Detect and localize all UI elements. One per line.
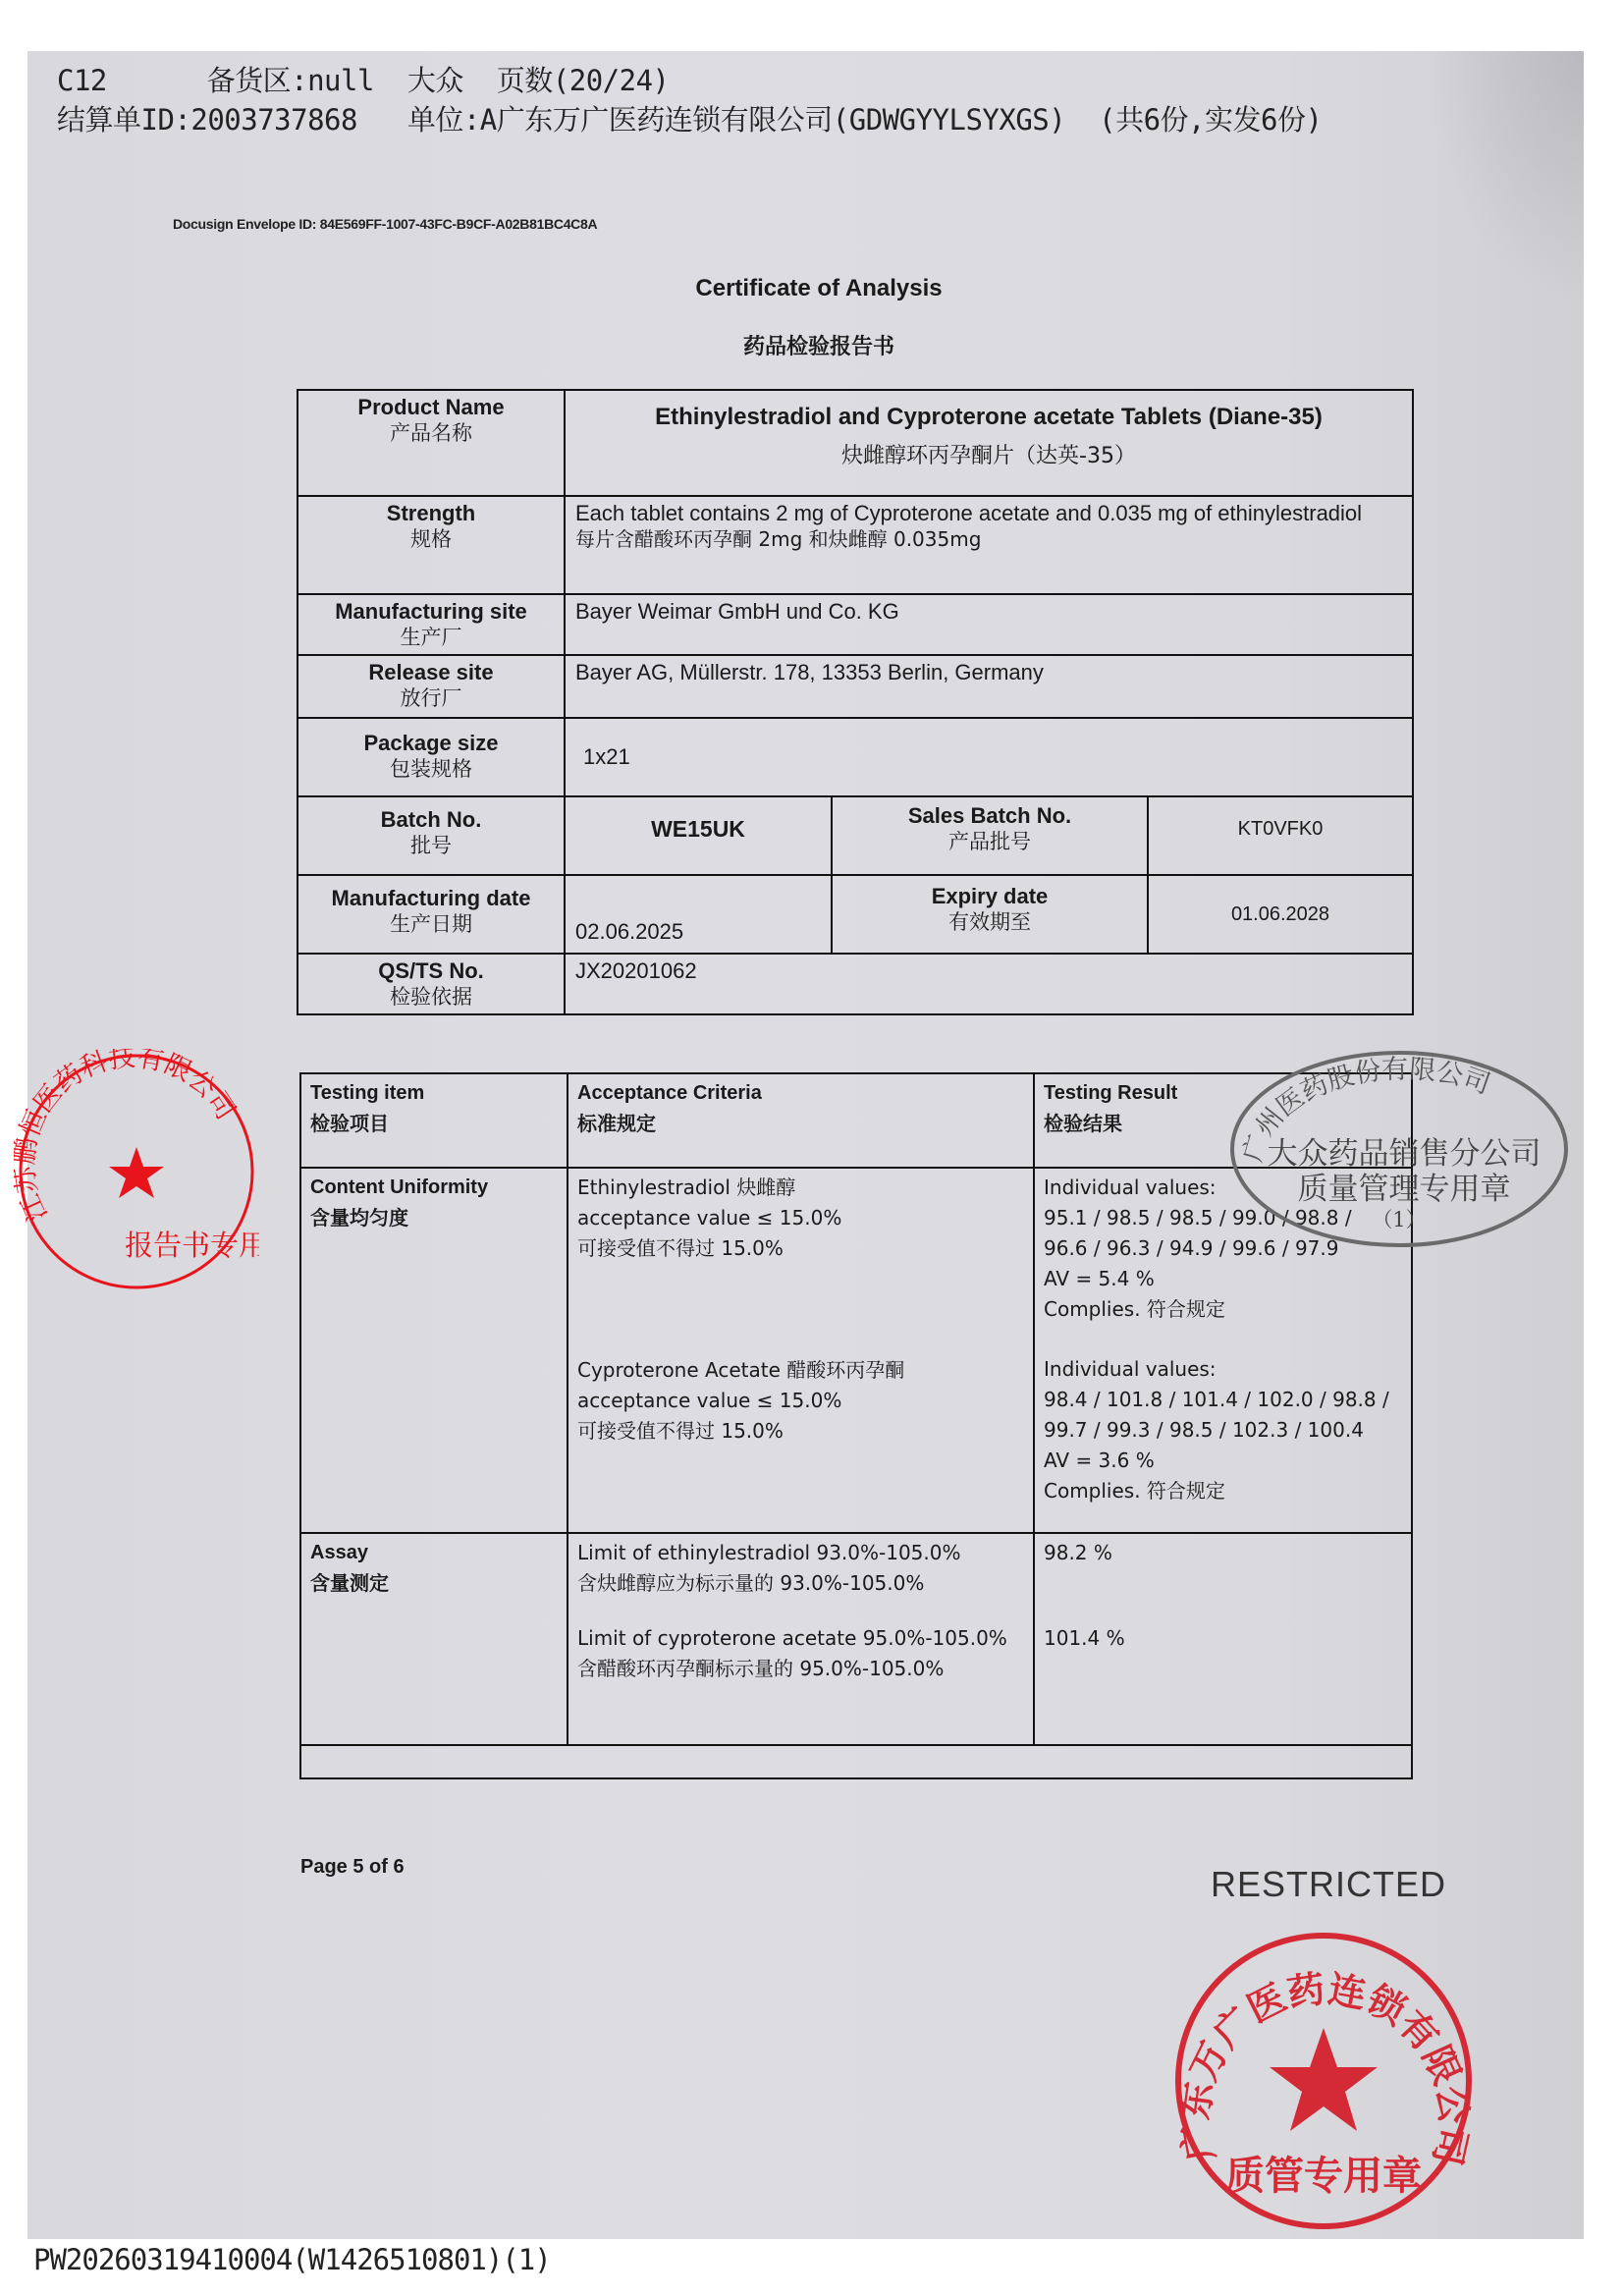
result-cell: 98.2 % 101.4 %: [1034, 1533, 1412, 1745]
label-en: Expiry date: [833, 884, 1147, 909]
qs-ts-no-value: JX20201062: [565, 954, 1413, 1014]
result-cell: Individual values: 95.1 / 98.5 / 98.5 / …: [1034, 1168, 1412, 1533]
print-header-line-1: C12 备货区:null 大众 页数(20/24): [57, 59, 670, 99]
label-cn: 包装规格: [298, 756, 564, 782]
row-product-name: Product Name 产品名称 Ethinylestradiol and C…: [298, 390, 1413, 496]
criteria-line: acceptance value ≤ 15.0%: [577, 1203, 1024, 1233]
label-cn: 有效期至: [833, 909, 1147, 935]
result-line: Complies. 符合规定: [1044, 1294, 1402, 1325]
header-en: Testing Result: [1044, 1078, 1402, 1109]
header-testing-item: Testing item 检验项目: [300, 1073, 568, 1168]
strength-cn: 每片含醋酸环丙孕酮 2mg 和炔雌醇 0.035mg: [575, 526, 1402, 552]
label-cn: 产品批号: [833, 829, 1147, 854]
classification-label: RESTRICTED: [1211, 1864, 1446, 1905]
header-testing-result: Testing Result 检验结果: [1034, 1073, 1412, 1168]
product-name-cn: 炔雌醇环丙孕酮片（达英-35）: [566, 444, 1412, 469]
label-en: Batch No.: [298, 807, 564, 833]
label-cn: 生产日期: [298, 911, 564, 937]
result-line: 99.7 / 99.3 / 98.5 / 102.3 / 100.4: [1044, 1415, 1402, 1446]
label-en: Strength: [298, 501, 564, 526]
test-row-empty: [300, 1745, 1412, 1778]
docusign-envelope-id: Docusign Envelope ID: 84E569FF-1007-43FC…: [173, 216, 597, 232]
row-release-site: Release site 放行厂 Bayer AG, Müllerstr. 17…: [298, 655, 1413, 718]
label-cell: Expiry date 有效期至: [832, 875, 1148, 954]
header-en: Testing item: [310, 1078, 558, 1109]
row-batch: Batch No. 批号 WE15UK Sales Batch No. 产品批号…: [298, 796, 1413, 875]
criteria-line: Cyproterone Acetate 醋酸环丙孕酮: [577, 1355, 1024, 1386]
label-cn: 放行厂: [298, 685, 564, 711]
document-title-cn: 药品检验报告书: [0, 330, 1623, 360]
test-item-en: Assay: [310, 1538, 558, 1568]
criteria-line: Limit of ethinylestradiol 93.0%-105.0%: [577, 1538, 1024, 1568]
print-header-line-2: 结算单ID:2003737868 单位:A广东万广医药连锁有限公司(GDWGYY…: [57, 98, 1322, 138]
test-item-cn: 含量测定: [310, 1568, 558, 1599]
label-cn: 产品名称: [298, 420, 564, 446]
product-name-en: Ethinylestradiol and Cyproterone acetate…: [566, 405, 1412, 430]
header-acceptance-criteria: Acceptance Criteria 标准规定: [568, 1073, 1034, 1168]
criteria-line: Ethinylestradiol 炔雌醇: [577, 1173, 1024, 1203]
test-item-cell: Content Uniformity 含量均匀度: [300, 1168, 568, 1533]
expiry-date-value: 01.06.2028: [1148, 875, 1413, 954]
header-en: Acceptance Criteria: [577, 1078, 1024, 1109]
criteria-line: 含炔雌醇应为标示量的 93.0%-105.0%: [577, 1568, 1024, 1599]
manufacturing-date-value: 02.06.2025: [565, 875, 832, 954]
criteria-line: 可接受值不得过 15.0%: [577, 1233, 1024, 1264]
label-cell: QS/TS No. 检验依据: [298, 954, 565, 1014]
package-size-value: 1x21: [565, 718, 1413, 796]
result-line: 95.1 / 98.5 / 98.5 / 99.0 / 98.8 /: [1044, 1203, 1402, 1233]
result-line: 98.2 %: [1044, 1538, 1402, 1568]
release-site-value: Bayer AG, Müllerstr. 178, 13353 Berlin, …: [565, 655, 1413, 718]
result-line: AV = 3.6 %: [1044, 1446, 1402, 1476]
result-line: 101.4 %: [1044, 1623, 1402, 1654]
strength-value: Each tablet contains 2 mg of Cyproterone…: [565, 496, 1413, 594]
row-package-size: Package size 包装规格 1x21: [298, 718, 1413, 796]
sales-batch-no-value: KT0VFK0: [1148, 796, 1413, 875]
label-cell: Release site 放行厂: [298, 655, 565, 718]
label-cell: Package size 包装规格: [298, 718, 565, 796]
test-row-assay: Assay 含量测定 Limit of ethinylestradiol 93.…: [300, 1533, 1412, 1745]
row-strength: Strength 规格 Each tablet contains 2 mg of…: [298, 496, 1413, 594]
row-manufacturing-site: Manufacturing site 生产厂 Bayer Weimar GmbH…: [298, 594, 1413, 655]
result-line: Complies. 符合规定: [1044, 1476, 1402, 1506]
result-line: AV = 5.4 %: [1044, 1264, 1402, 1294]
header-cn: 标准规定: [577, 1109, 1024, 1139]
test-row-content-uniformity: Content Uniformity 含量均匀度 Ethinylestradio…: [300, 1168, 1412, 1533]
product-name-value: Ethinylestradiol and Cyproterone acetate…: [565, 390, 1413, 496]
label-en: Manufacturing site: [298, 599, 564, 625]
label-en: Sales Batch No.: [833, 803, 1147, 829]
label-cn: 检验依据: [298, 984, 564, 1010]
label-en: Manufacturing date: [298, 886, 564, 911]
criteria-line: 可接受值不得过 15.0%: [577, 1416, 1024, 1447]
row-dates: Manufacturing date 生产日期 02.06.2025 Expir…: [298, 875, 1413, 954]
batch-no-value: WE15UK: [565, 796, 832, 875]
document-title: Certificate of Analysis: [0, 275, 1623, 302]
label-cn: 批号: [298, 833, 564, 858]
criteria-cell: Limit of ethinylestradiol 93.0%-105.0% 含…: [568, 1533, 1034, 1745]
label-en: QS/TS No.: [298, 958, 564, 984]
test-results-table: Testing item 检验项目 Acceptance Criteria 标准…: [299, 1072, 1413, 1779]
label-en: Product Name: [298, 395, 564, 420]
criteria-line: Limit of cyproterone acetate 95.0%-105.0…: [577, 1623, 1024, 1654]
row-qs-ts: QS/TS No. 检验依据 JX20201062: [298, 954, 1413, 1014]
label-cn: 规格: [298, 526, 564, 552]
criteria-line: 含醋酸环丙孕酮标示量的 95.0%-105.0%: [577, 1654, 1024, 1684]
label-cell: Strength 规格: [298, 496, 565, 594]
label-cell: Sales Batch No. 产品批号: [832, 796, 1148, 875]
result-line: Individual values:: [1044, 1173, 1402, 1203]
result-line: Individual values:: [1044, 1354, 1402, 1385]
product-info-table: Product Name 产品名称 Ethinylestradiol and C…: [297, 389, 1414, 1015]
label-cell: Product Name 产品名称: [298, 390, 565, 496]
manufacturing-site-value: Bayer Weimar GmbH und Co. KG: [565, 594, 1413, 655]
label-en: Package size: [298, 731, 564, 756]
page-number: Page 5 of 6: [300, 1856, 405, 1879]
criteria-cell: Ethinylestradiol 炔雌醇 acceptance value ≤ …: [568, 1168, 1034, 1533]
result-line: 98.4 / 101.8 / 101.4 / 102.0 / 98.8 /: [1044, 1385, 1402, 1415]
header-cn: 检验结果: [1044, 1109, 1402, 1139]
criteria-line: acceptance value ≤ 15.0%: [577, 1386, 1024, 1416]
label-cell: Manufacturing date 生产日期: [298, 875, 565, 954]
header-cn: 检验项目: [310, 1109, 558, 1139]
label-cell: Batch No. 批号: [298, 796, 565, 875]
test-item-cell: Assay 含量测定: [300, 1533, 568, 1745]
label-cell: Manufacturing site 生产厂: [298, 594, 565, 655]
footer-code: PW20260319410004(W1426510801)(1): [33, 2243, 551, 2276]
result-line: 96.6 / 96.3 / 94.9 / 99.6 / 97.9: [1044, 1233, 1402, 1264]
empty-cell: [300, 1745, 1412, 1778]
strength-en: Each tablet contains 2 mg of Cyproterone…: [575, 501, 1402, 526]
label-cn: 生产厂: [298, 625, 564, 650]
test-header-row: Testing item 检验项目 Acceptance Criteria 标准…: [300, 1073, 1412, 1168]
test-item-cn: 含量均匀度: [310, 1203, 558, 1233]
label-en: Release site: [298, 660, 564, 685]
test-item-en: Content Uniformity: [310, 1173, 558, 1203]
